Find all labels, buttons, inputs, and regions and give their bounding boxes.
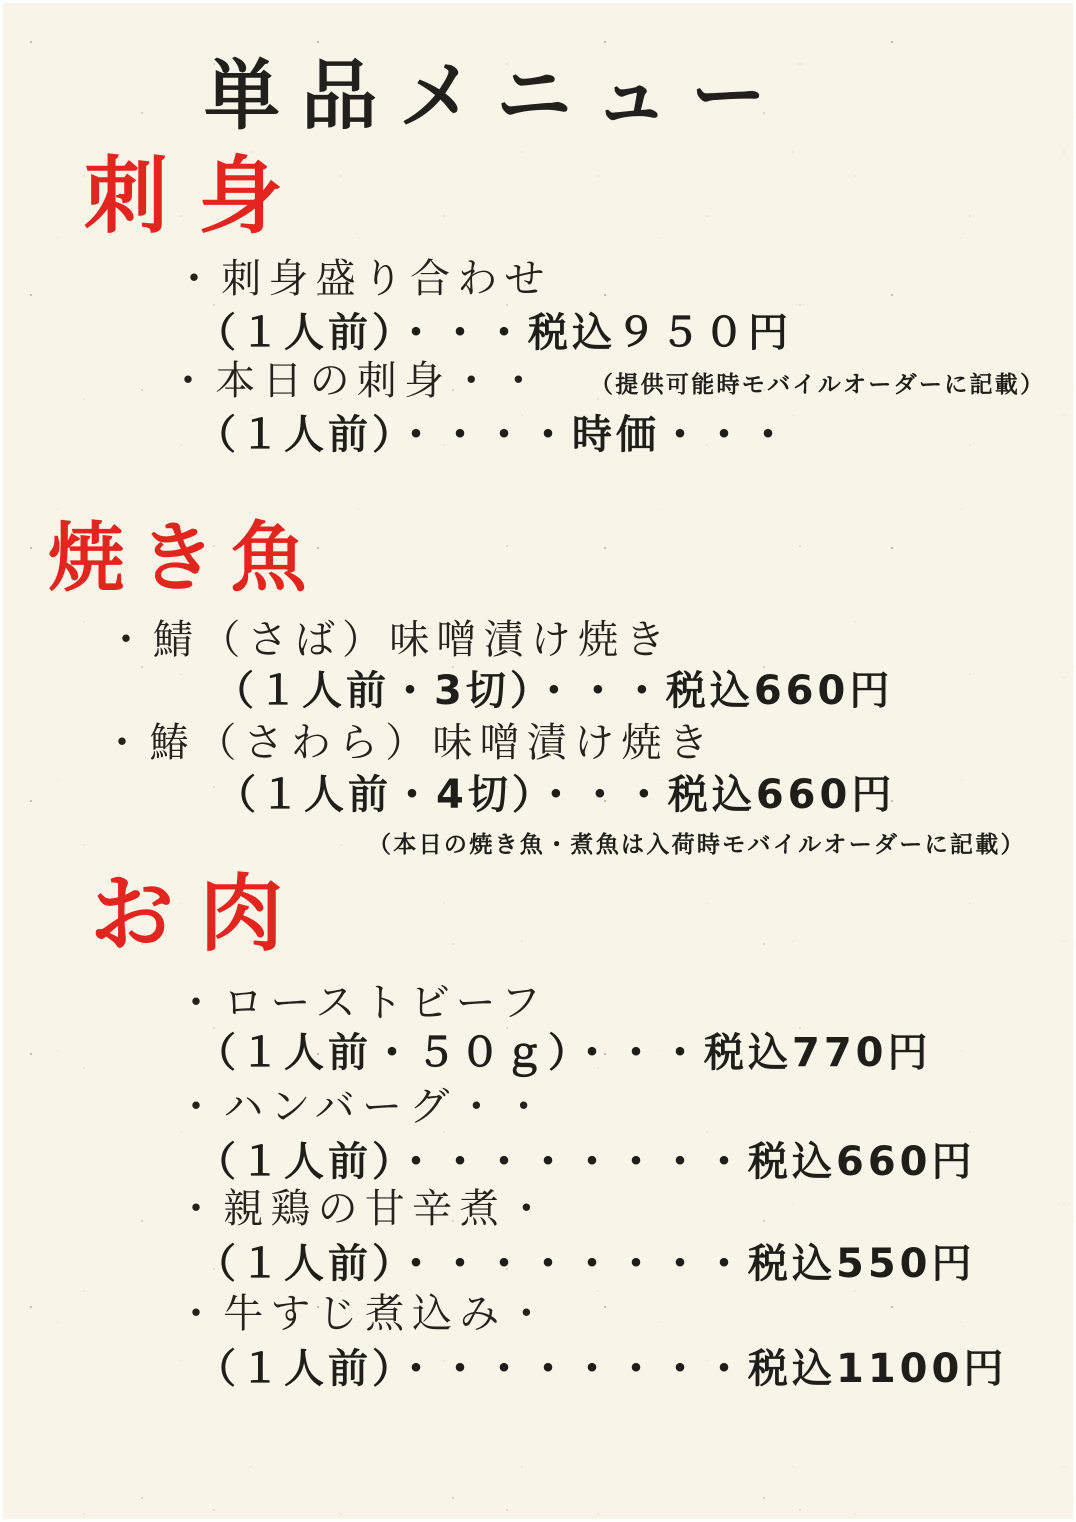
menu-item-name: ・ハンバーグ・・ xyxy=(176,1084,551,1130)
menu-item-price: （１人前・4切）・・・税込660円 xyxy=(216,772,895,818)
menu-item-price: （１人前）・・・税込９５０円 xyxy=(196,310,792,356)
menu-item-name: ・鰆（さわら）味噌漬け焼き xyxy=(102,720,716,766)
menu-item-name: ・本日の刺身・・ xyxy=(168,358,546,404)
section-header-meat: お肉 xyxy=(90,866,308,963)
menu-item-name: ・牛すじ煮込み・ xyxy=(176,1291,554,1337)
menu-item-name: ・鯖（さば）味噌漬け焼き xyxy=(106,617,672,663)
menu-item-name: ・親鶏の甘辛煮・ xyxy=(176,1186,554,1232)
menu-item-name: ・ローストビーフ xyxy=(176,980,548,1026)
menu-item-price: （１人前）・・・・時価・・・ xyxy=(196,412,792,458)
menu-item-name: ・刺身盛り合わせ xyxy=(174,256,552,302)
section-header-sashimi: 刺身 xyxy=(84,148,312,245)
menu-page: 単品メニュー 刺身 ・刺身盛り合わせ （１人前）・・・税込９５０円 ・本日の刺身… xyxy=(0,0,1076,1522)
menu-item-price: （１人前・3切）・・・税込660円 xyxy=(214,668,893,714)
menu-item-price: （１人前）・・・・・・・・税込660円 xyxy=(196,1139,976,1185)
menu-item-price: （１人前）・・・・・・・・税込550円 xyxy=(196,1241,976,1287)
menu-item-price: （１人前）・・・・・・・・税込1100円 xyxy=(196,1346,1007,1392)
section-note: （本日の焼き魚・煮魚は入荷時モバイルオーダーに記載） xyxy=(368,832,1026,858)
menu-item-price: （１人前・５０ｇ）・・・税込770円 xyxy=(196,1030,932,1076)
section-header-grilled-fish: 焼き魚 xyxy=(48,514,322,601)
menu-item-note: （提供可能時モバイルオーダーに記載） xyxy=(590,372,1045,398)
page-title: 単品メニュー xyxy=(204,52,788,139)
